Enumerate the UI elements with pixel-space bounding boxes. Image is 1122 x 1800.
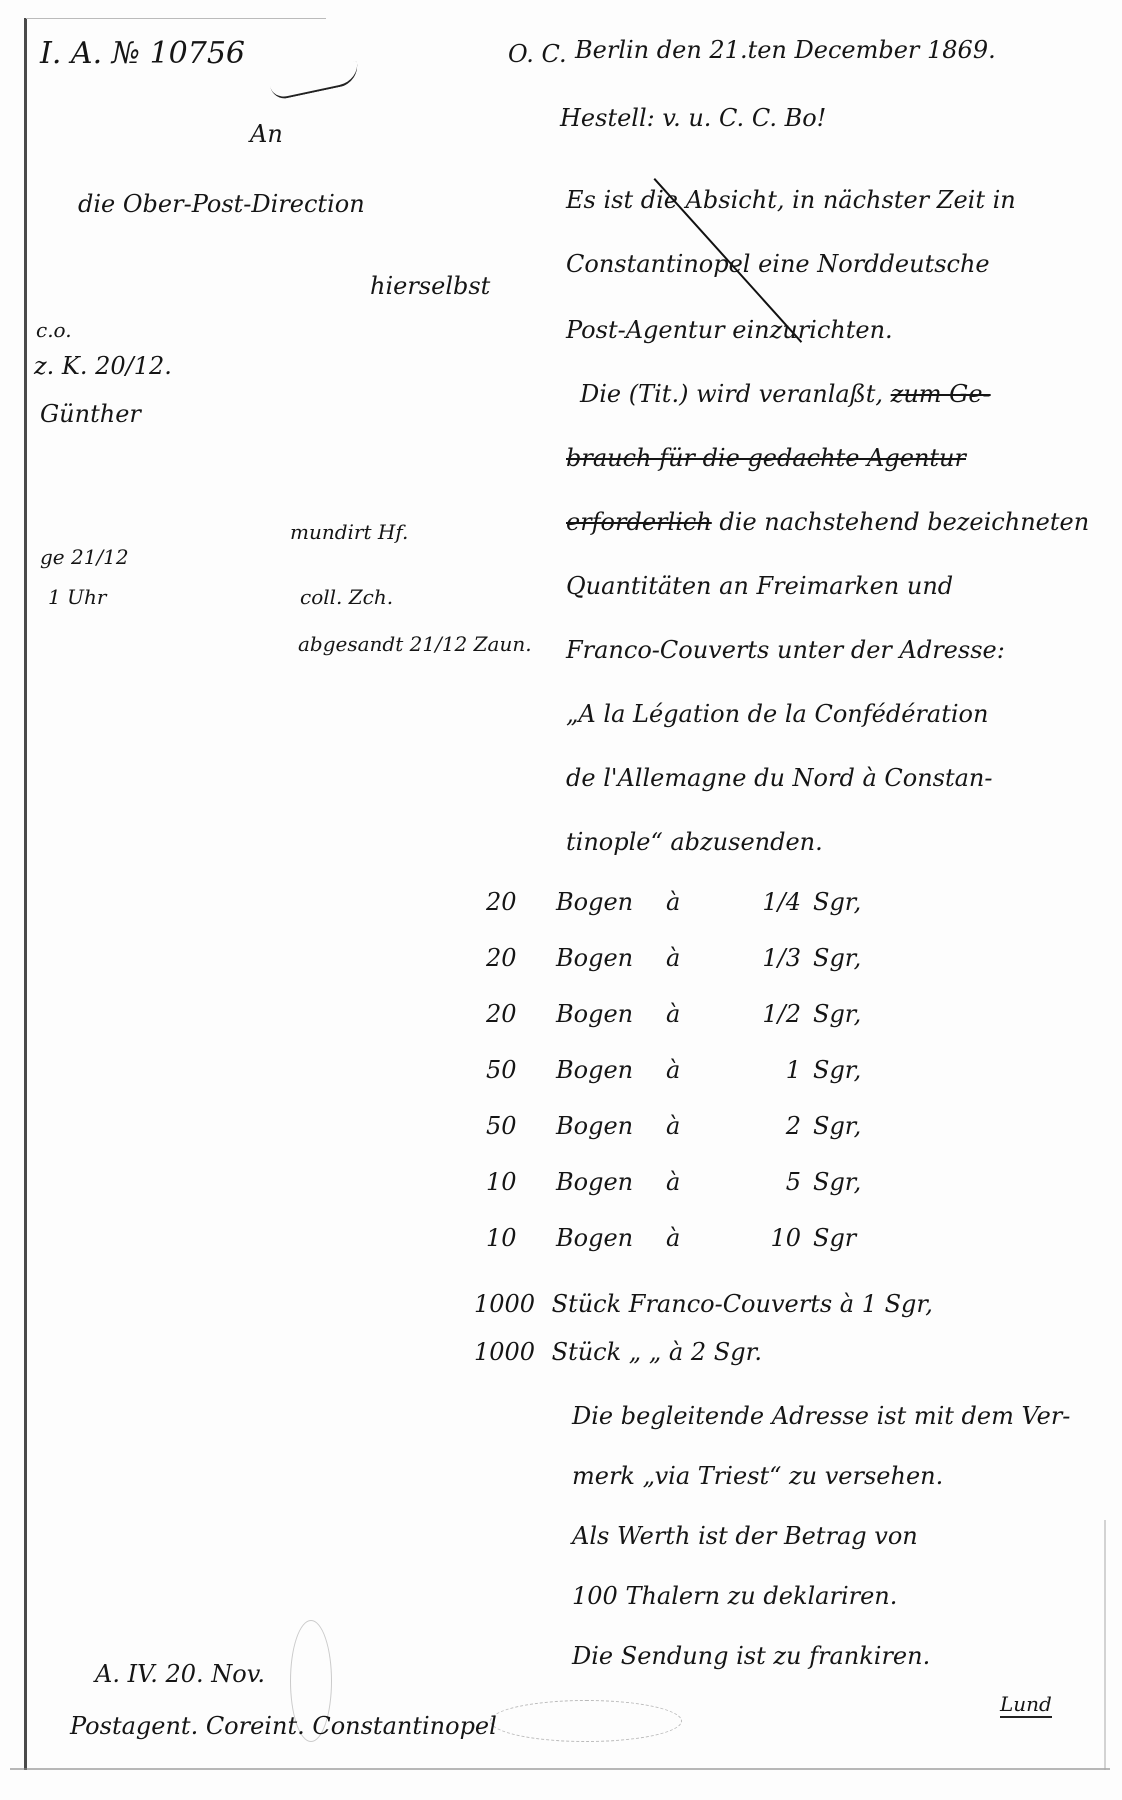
body-line: Constantinopel eine Norddeutsche [566, 250, 990, 278]
closing-line: Die begleitende Adresse ist mit dem Ver- [572, 1402, 1070, 1430]
stamp-price: 1/3 [741, 944, 801, 972]
envelope-text: Stück Franco-Couverts à 1 Sgr, [552, 1290, 933, 1318]
place-date: Berlin den 21.ten December 1869. [575, 36, 996, 64]
body-text: die nachstehend bezeichneten [712, 508, 1089, 536]
stamp-currency: Sgr, [813, 888, 861, 916]
stamp-unit: Bogen [556, 1224, 666, 1252]
stamp-unit: Bogen [556, 888, 666, 916]
stamp-qty: 10 [486, 1168, 556, 1196]
margin-note: Günther [40, 400, 141, 428]
stamp-unit: Bogen [556, 1000, 666, 1028]
page-border-top [26, 18, 326, 19]
body-line: Post-Agentur einzurichten. [566, 316, 893, 344]
stamp-unit: Bogen [556, 944, 666, 972]
middle-note: abgesandt 21/12 Zaun. [298, 632, 532, 656]
stamp-row: 10Bogenà5Sgr, [486, 1168, 861, 1196]
body-line: Franco-Couverts unter der Adresse: [566, 636, 1005, 664]
stamp-price: 2 [741, 1112, 801, 1140]
closing-line: Die Sendung ist zu frankiren. [572, 1642, 930, 1670]
stamp-row: 50Bogenà1Sgr, [486, 1056, 861, 1084]
struck-line: brauch für die gedachte Agentur [566, 444, 966, 472]
closing-line: merk „via Triest“ zu versehen. [572, 1462, 943, 1490]
closing-line: Als Werth ist der Betrag von [572, 1522, 918, 1550]
stamp-a: à [666, 1224, 741, 1252]
signature: Lund [1000, 1692, 1052, 1718]
page-border-left [24, 18, 27, 1770]
envelope-row: 1000 Stück „ „ à 2 Sgr. [474, 1338, 762, 1366]
envelope-text: Stück „ „ à 2 Sgr. [552, 1338, 762, 1366]
stamp-price: 5 [741, 1168, 801, 1196]
middle-note: coll. Zch. [300, 585, 393, 609]
margin-note: ge 21/12 [40, 545, 129, 569]
closing-line: 100 Thalern zu deklariren. [572, 1582, 897, 1610]
office-note: O. C. [508, 40, 567, 68]
reference-number: I. A. № 10756 [40, 36, 245, 71]
margin-note: 1 Uhr [48, 585, 106, 609]
stamp-qty: 50 [486, 1056, 556, 1084]
margin-note: c.o. [36, 318, 72, 342]
stamp-row: 10Bogenà10Sgr [486, 1224, 856, 1252]
stamp-a: à [666, 888, 741, 916]
body-line: erforderlich die nachstehend bezeichnete… [566, 508, 1089, 536]
stamp-price: 10 [741, 1224, 801, 1252]
stamp-a: à [666, 1112, 741, 1140]
reference-flourish [269, 61, 362, 101]
stamp-price: 1 [741, 1056, 801, 1084]
stamp-qty: 20 [486, 888, 556, 916]
body-line: de l'Allemagne du Nord à Constan- [566, 764, 992, 792]
addressee: die Ober-Post-Direction [78, 190, 365, 218]
envelope-row: 1000 Stück Franco-Couverts à 1 Sgr, [474, 1290, 933, 1318]
stamp-row: 20Bogenà1/2Sgr, [486, 1000, 861, 1028]
stamp-qty: 50 [486, 1112, 556, 1140]
margin-note: z. K. 20/12. [34, 352, 172, 380]
address-to: An [250, 120, 283, 148]
stamp-unit: Bogen [556, 1112, 666, 1140]
page-border-right [1104, 1520, 1106, 1770]
footer-line: A. IV. 20. Nov. [95, 1660, 265, 1688]
envelope-qty: 1000 [474, 1290, 544, 1318]
envelope-qty: 1000 [474, 1338, 544, 1366]
heading-note: Hestell: v. u. C. C. Bo! [560, 104, 826, 132]
struck-text: zum Ge- [891, 380, 991, 408]
signature-flourish [490, 1700, 682, 1742]
stamp-unit: Bogen [556, 1056, 666, 1084]
stamp-row: 20Bogenà1/3Sgr, [486, 944, 861, 972]
stamp-qty: 10 [486, 1224, 556, 1252]
footer-line: Postagent. Coreint. Constantinopel [70, 1712, 497, 1740]
stamp-currency: Sgr [813, 1224, 856, 1252]
stamp-a: à [666, 1056, 741, 1084]
body-text: Die (Tit.) wird veranlaßt, [580, 380, 891, 408]
stamp-unit: Bogen [556, 1168, 666, 1196]
stamp-currency: Sgr, [813, 1056, 861, 1084]
stamp-row: 20Bogenà1/4Sgr, [486, 888, 861, 916]
body-line: Es ist die Absicht, in nächster Zeit in [566, 186, 1016, 214]
stamp-a: à [666, 1000, 741, 1028]
stamp-a: à [666, 944, 741, 972]
middle-note: mundirt Hf. [290, 520, 408, 544]
stamp-currency: Sgr, [813, 944, 861, 972]
stamp-currency: Sgr, [813, 1112, 861, 1140]
body-line: Quantitäten an Freimarken und [566, 572, 953, 600]
stamp-price: 1/2 [741, 1000, 801, 1028]
stamp-currency: Sgr, [813, 1000, 861, 1028]
stamp-currency: Sgr, [813, 1168, 861, 1196]
body-line: Die (Tit.) wird veranlaßt, zum Ge- [580, 380, 991, 408]
stamp-price: 1/4 [741, 888, 801, 916]
stamp-qty: 20 [486, 944, 556, 972]
stamp-a: à [666, 1168, 741, 1196]
page-border-bottom [10, 1768, 1110, 1770]
body-line: „A la Légation de la Confédération [566, 700, 988, 728]
stamp-qty: 20 [486, 1000, 556, 1028]
struck-text: erforderlich [566, 508, 712, 536]
stamp-row: 50Bogenà2Sgr, [486, 1112, 861, 1140]
body-line: tinople“ abzusenden. [566, 828, 823, 856]
addressee-location: hierselbst [370, 272, 490, 300]
document-page: I. A. № 10756 O. C. Berlin den 21.ten De… [0, 0, 1122, 1800]
